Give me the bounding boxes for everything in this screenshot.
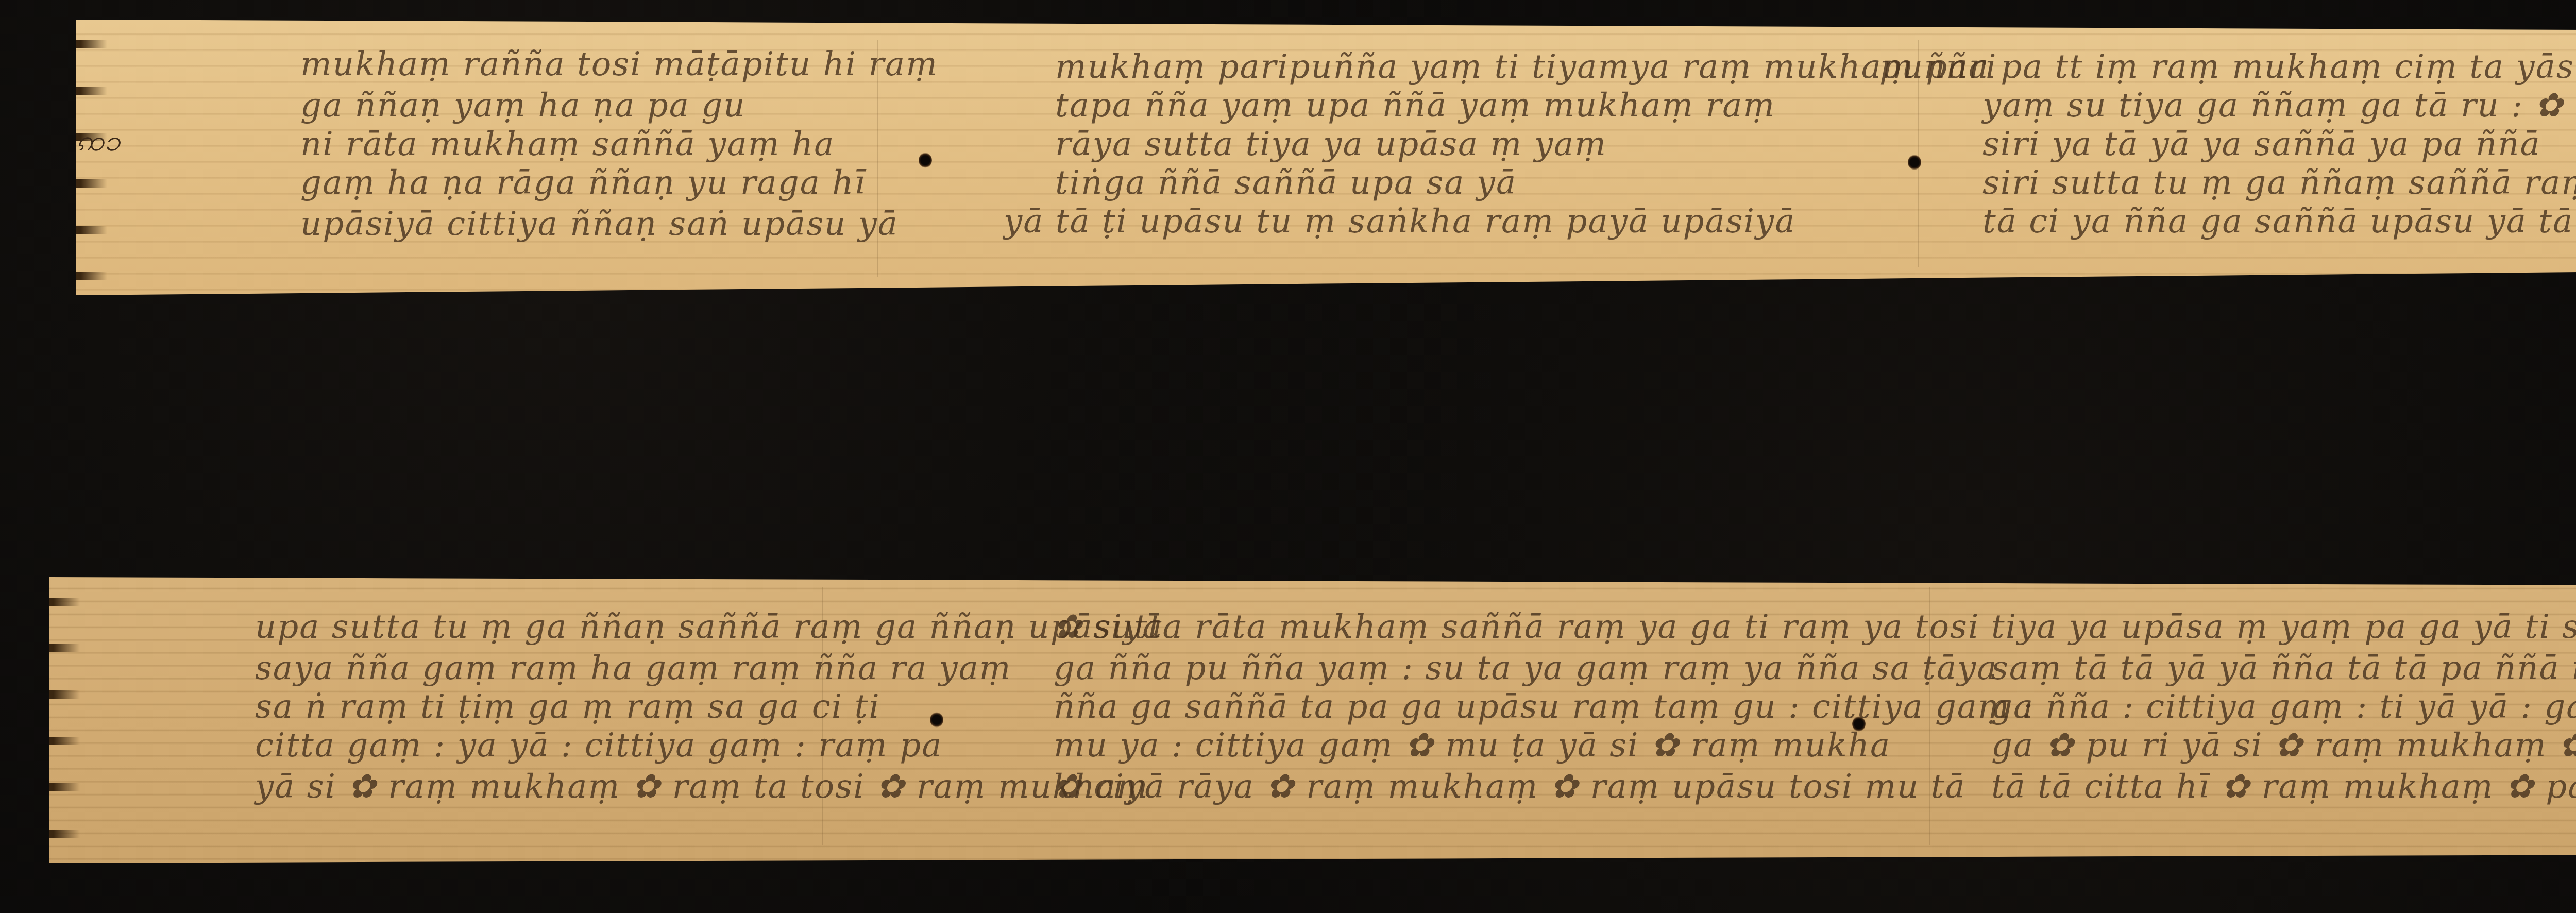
palm-leaf-folio-bottom: upa sutta tu ṃ ga ññaṇ saññā raṃ ga ññaṇ…: [49, 577, 2576, 863]
text-line: citta gaṃ : ya yā : cittiya gaṃ : raṃ pa: [255, 726, 942, 765]
binding-hole: [930, 712, 943, 728]
text-line: ga ñña pu ñña yaṃ : su ta ya gaṃ raṃ ya …: [1054, 649, 1997, 687]
text-line: tā tā citta hī ✿ raṃ mukhaṃ ✿ pa ri puññ…: [1991, 768, 2576, 806]
text-line: ñña ga saññā ta pa ga upāsu raṃ taṃ gu :…: [1054, 688, 2034, 726]
text-line: upa sutta tu ṃ ga ññaṇ saññā raṃ ga ññaṇ…: [255, 608, 1163, 646]
text-line: saṃ tā tā yā yā ñña tā tā pa ññā mi: [1991, 649, 2576, 687]
text-line: tiya ya upāsa ṃ yaṃ pa ga yā ti saṅ: [1991, 608, 2576, 646]
text-line: ga ñña : cittiya gaṃ : ti yā yā : ga: [1991, 688, 2576, 726]
text-line: ga ññaṇ yaṃ ha ṇa pa gu: [300, 87, 745, 125]
text-line: yā si ✿ raṃ mukhaṃ ✿ raṃ ta tosi ✿ raṃ m…: [255, 768, 1149, 806]
text-line: sa ṅ raṃ ti ṭiṃ ga ṃ raṃ sa ga ci ṭi: [255, 688, 880, 726]
text-line: ✿ sutta rāta mukhaṃ saññā raṃ ya ga ti r…: [1054, 608, 1979, 646]
text-line: siri sutta tu ṃ ga ññaṃ saññā raṃ ṭā: [1982, 164, 2576, 202]
text-line: ga ✿ pu ri yā si ✿ raṃ mukhaṃ ✿ ga ri: [1991, 726, 2576, 765]
text-line: ni rāta mukhaṃ saññā yaṃ ha: [300, 125, 835, 163]
text-line: rāya sutta tiya ya upāsa ṃ yaṃ: [1055, 125, 1607, 163]
palm-leaf-folio-top: ꩡ၁ mukhaṃ rañña tosi māṭāpitu hi raṃ ga …: [76, 20, 2576, 295]
binding-hole: [919, 153, 932, 168]
text-line: mukhaṃ rañña tosi māṭāpitu hi raṃ: [300, 45, 938, 83]
text-line: siri ya tā yā ya saññā ya pa ññā: [1982, 125, 2541, 163]
text-line: tiṅga ññā saññā upa sa yā: [1055, 164, 1517, 202]
text-line: ✿ ciyā rāya ✿ raṃ mukhaṃ ✿ raṃ upāsu tos…: [1054, 768, 1966, 806]
text-line: mukhaṃ paripuñña yaṃ ti tiyamya raṃ mukh…: [1055, 48, 1997, 86]
text-line: saya ñña gaṃ raṃ ha gaṃ raṃ ñña ra yaṃ: [255, 649, 1012, 687]
leaf-edge-damage-left: [49, 577, 80, 863]
text-line: mu ya : cittiya gaṃ ✿ mu ṭa yā si ✿ raṃ …: [1054, 726, 1891, 765]
binding-hole: [1908, 155, 1921, 170]
text-line: puñña pa tt iṃ raṃ mukhaṃ ciṃ ta yāsi ra…: [1879, 48, 2576, 86]
text-line: yā tā ṭi upāsu tu ṃ saṅkha raṃ payā upās…: [1004, 202, 1795, 241]
text-line: yaṃ su tiya ga ññaṃ ga tā ru : ✿: [1982, 87, 2564, 125]
text-line: tapa ñña yaṃ upa ññā yaṃ mukhaṃ raṃ: [1055, 87, 1775, 125]
text-line: gaṃ ha ṇa rāga ññaṇ yu raga hī: [300, 164, 866, 202]
text-line: upāsiyā cittiya ññaṇ saṅ upāsu yā: [300, 205, 899, 243]
folio-number-mark: ꩡ၁: [76, 123, 121, 165]
text-line: tā ci ya ñña ga saññā upāsu yā tā ti: [1982, 202, 2576, 241]
